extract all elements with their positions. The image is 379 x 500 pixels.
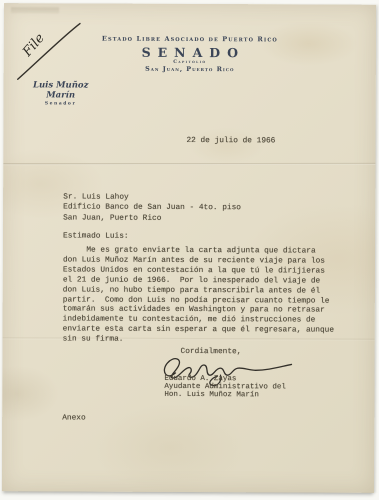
signer-block: Eduardo A. Zayas Ayudante Administrativo… — [164, 376, 286, 400]
faint-stamp-mark — [11, 7, 59, 13]
letterhead: Estado Libre Asociado de Puerto Rico Sen… — [4, 3, 376, 5]
salutation: Estimado Luis: — [63, 231, 129, 242]
recipient-address: Sr. Luis Lahoy Edificio Banco de San Jua… — [63, 192, 241, 224]
letterhead-title: Senado — [4, 44, 376, 61]
sender-name: Luis Muñoz Marín — [18, 80, 104, 100]
date-line: 22 de julio de 1966 — [186, 136, 275, 147]
letterhead-line4: San Juan, Puerto Rico — [4, 64, 376, 74]
sender-block: Luis Muñoz Marín Senador — [18, 80, 104, 106]
sender-title: Senador — [18, 101, 104, 106]
fold-crease-upper — [3, 163, 375, 165]
letter-body: Me es grato enviarte la carta adjunta qu… — [63, 246, 335, 346]
enclosure-note: Anexo — [62, 413, 85, 423]
letter-paper: File Estado Libre Asociado de Puerto Ric… — [2, 3, 376, 493]
letterhead-line1: Estado Libre Asociado de Puerto Rico — [4, 34, 376, 44]
